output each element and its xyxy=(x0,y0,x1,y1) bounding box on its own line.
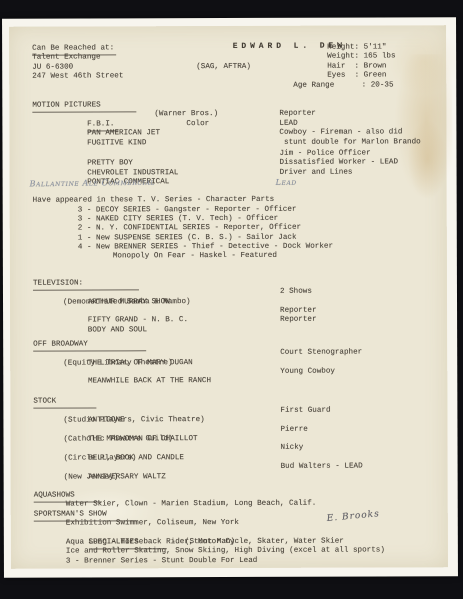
credit-row: BODY AND SOUL Reporter xyxy=(33,316,433,327)
stat-line: Hair : Brown xyxy=(327,62,395,72)
age-range-line: Age Range : 20-35 xyxy=(293,81,393,89)
tv-series-sub-item: Monopoly On Fear - Haskel - Featured xyxy=(33,252,433,263)
film-role: Dissatisfied Worker - LEAD xyxy=(280,159,399,169)
film-note: Color xyxy=(186,120,209,129)
film-role: Driver and Lines xyxy=(280,168,353,178)
handwritten-role: Lead xyxy=(276,178,297,188)
play-role: Young Cowboy xyxy=(280,368,335,378)
film-role: Reporter xyxy=(279,110,316,120)
film-role-continued: stunt double for Marlon Brando xyxy=(279,138,420,148)
handwritten-credit-row: Ballantine Ale Commercial Lead xyxy=(33,177,433,188)
play-role: Nicky xyxy=(281,444,304,453)
union-affiliation: (SAG, AFTRA) xyxy=(196,63,251,71)
specialty-line: 3 - Brenner Series - Stunt Double For Le… xyxy=(34,556,434,567)
title-line: EDWARD L. DEW xyxy=(32,31,432,42)
paper-edge: EDWARD L. DEW Can Be Reached at: Talent … xyxy=(2,17,458,578)
play-role: Court Stenographer xyxy=(280,349,362,359)
stats-block: Height: 5'11" Weight: 165 lbs Hair : Bro… xyxy=(327,43,395,81)
credit-sub-note: (New Jersey) xyxy=(34,472,434,483)
show-title: BODY AND SOUL xyxy=(88,326,147,334)
film-role: Cowboy - Fireman - also did xyxy=(279,129,402,139)
paper: EDWARD L. DEW Can Be Reached at: Talent … xyxy=(9,25,448,569)
section-stock: STOCK ANTIGONE First Guard (Studio Playe… xyxy=(33,397,433,483)
play-title: MEANWHILE BACK AT THE RANCH xyxy=(88,377,211,385)
section-off-broadway: OFF BROADWAY THE TRIAL OF MARY DUGAN Cou… xyxy=(33,339,433,378)
play-role: First Guard xyxy=(280,406,330,416)
section-motion-pictures: MOTION PICTURES F.B.I. (Warner Bros.) Re… xyxy=(32,100,432,189)
handwritten-note: Ballantine Ale Commercial xyxy=(30,178,156,190)
section-television: TELEVISION: ARTHUR MURRAY SHOW 2 Shows (… xyxy=(33,278,433,326)
scanned-resume-photo: EDWARD L. DEW Can Be Reached at: Talent … xyxy=(0,0,463,599)
header-block: Can Be Reached at: Talent Exchange JU 6-… xyxy=(32,43,432,91)
section-shows-specialties: AQUASHOWS Water Skier, Clown - Marien St… xyxy=(34,490,434,567)
film-studio: (Warner Bros.) xyxy=(154,110,218,120)
stat-line: Weight: 165 lbs xyxy=(327,53,395,63)
section-tv-series: Have appeared in these T. V. Series - Ch… xyxy=(33,195,433,262)
play-role: Pierre xyxy=(280,425,307,435)
credit-row: MEANWHILE BACK AT THE RANCH Young Cowboy xyxy=(33,367,433,378)
play-role: Bud Walters - LEAD xyxy=(281,463,363,473)
film-role: LEAD xyxy=(279,120,297,129)
resume-document: EDWARD L. DEW Can Be Reached at: Talent … xyxy=(32,31,434,566)
credit-row-continuation: stunt double for Marlon Brando xyxy=(32,138,432,149)
show-role: 2 Shows xyxy=(280,288,312,298)
show-role: Reporter xyxy=(280,316,317,326)
stat-line: Eyes : Green xyxy=(327,72,395,82)
